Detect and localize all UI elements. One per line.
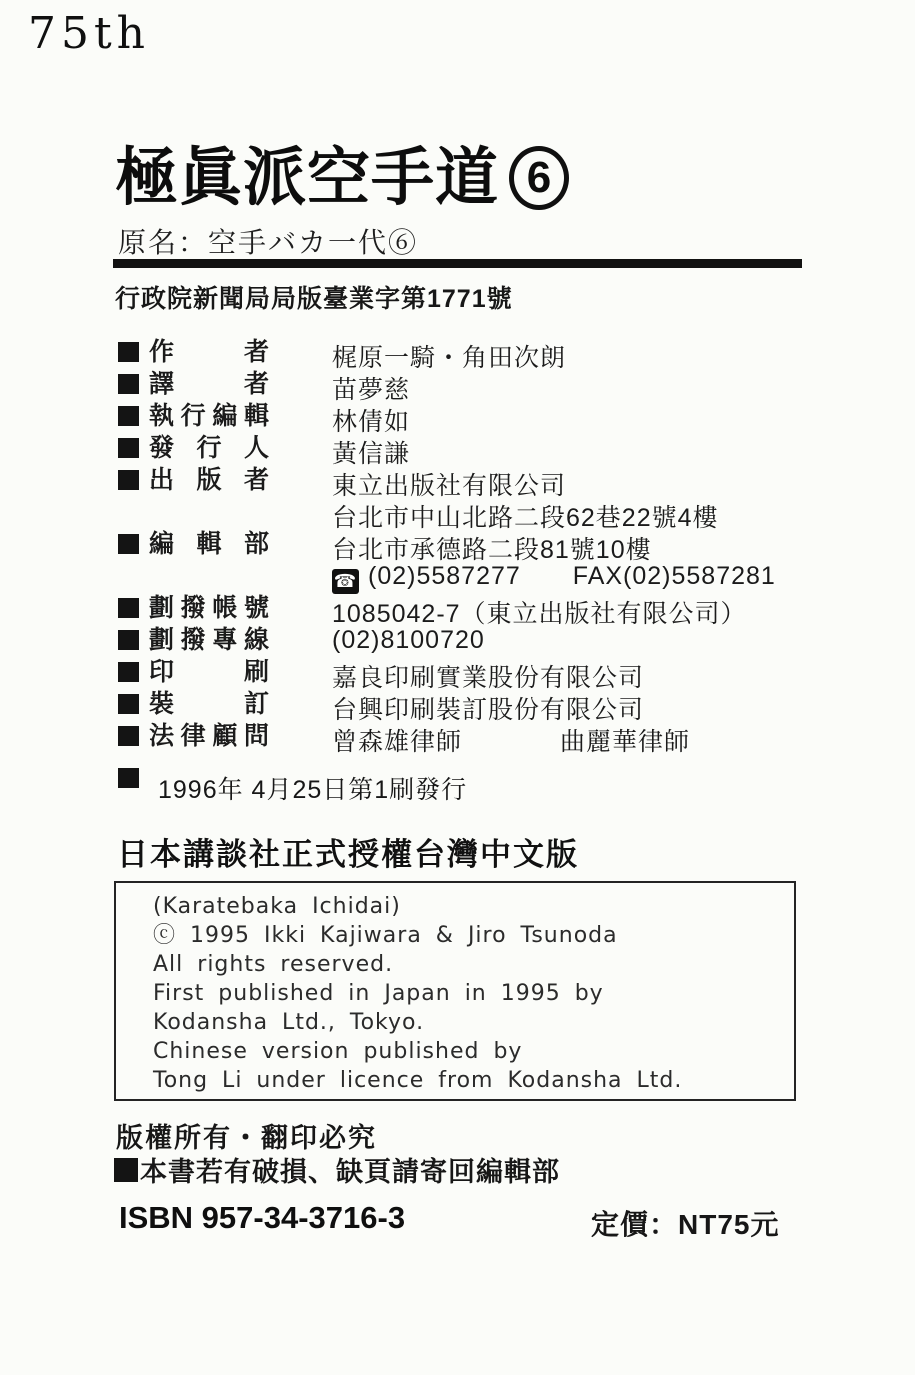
damaged-copy-return-notice: 本書若有破損、缺頁請寄回編輯部 bbox=[114, 1150, 560, 1189]
credit-row-printer: 印刷 嘉良印刷實業股份有限公司 bbox=[118, 658, 776, 690]
square-bullet-icon bbox=[118, 662, 139, 682]
credits-list: 作者 梶原一騎・角田次朗 譯者 苗夢慈 執行編輯 林倩如 發行人 黃信謙 出版者… bbox=[118, 338, 776, 754]
credit-row-publisher: 出版者 東立出版社有限公司 bbox=[118, 466, 776, 498]
credit-value: 嘉良印刷實業股份有限公司 bbox=[332, 658, 644, 694]
copyright-line: (Karatebaka Ichidai) bbox=[153, 892, 794, 921]
square-bullet-icon bbox=[118, 406, 139, 426]
english-copyright-box: (Karatebaka Ichidai) ⓒ 1995 Ikki Kajiwar… bbox=[114, 881, 796, 1101]
handwritten-page-note: 75th bbox=[28, 8, 150, 59]
square-bullet-icon bbox=[118, 630, 139, 650]
credit-label: 印刷 bbox=[149, 658, 269, 687]
credit-row-phone-fax: (02)5587277 FAX(02)5587281 bbox=[118, 562, 776, 594]
credit-value: 台興印刷裝訂股份有限公司 bbox=[332, 690, 644, 726]
credit-label: 裝訂 bbox=[149, 690, 269, 719]
isbn-number: ISBN 957-34-3716-3 bbox=[119, 1200, 405, 1236]
book-title: 極眞派空手道 bbox=[115, 147, 499, 210]
copyright-line: All rights reserved. bbox=[153, 950, 794, 979]
square-bullet-icon bbox=[118, 470, 139, 490]
credit-label: 編輯部 bbox=[149, 530, 269, 559]
fax-number: FAX(02)5587281 bbox=[573, 562, 776, 591]
divider-rule bbox=[113, 259, 802, 268]
square-bullet-icon bbox=[118, 598, 139, 618]
credit-row-postal-hotline: 劃撥專線 (02)8100720 bbox=[118, 626, 776, 658]
credit-row-author: 作者 梶原一騎・角田次朗 bbox=[118, 338, 776, 370]
credit-row-publisher-address: 台北市中山北路二段62巷22號4樓 bbox=[118, 498, 776, 530]
credit-row-legal-advisors: 法律顧問 曾森雄律師 曲麗華律師 bbox=[118, 722, 776, 754]
square-bullet-icon bbox=[118, 726, 139, 746]
phone-number-text: (02)5587277 bbox=[368, 562, 521, 590]
edition-date-row: 1996年 4月25日第1刷發行 bbox=[118, 766, 467, 806]
copyright-line: Kodansha Ltd., Tokyo. bbox=[153, 1008, 794, 1037]
credit-value: 苗夢慈 bbox=[332, 370, 410, 406]
copyright-line: Tong Li under licence from Kodansha Ltd. bbox=[153, 1066, 794, 1095]
credit-row-translator: 譯者 苗夢慈 bbox=[118, 370, 776, 402]
government-registration-line: 行政院新聞局局版臺業字第1771號 bbox=[115, 279, 513, 315]
credit-value: 梶原一騎・角田次朗 bbox=[332, 338, 566, 374]
credit-label: 法律顧問 bbox=[149, 722, 269, 751]
square-bullet-icon bbox=[118, 694, 139, 714]
credit-value: 黃信謙 bbox=[332, 434, 410, 470]
square-bullet-icon bbox=[118, 438, 139, 458]
lawyer-name-2: 曲麗華律師 bbox=[560, 722, 690, 758]
credit-row-bindery: 裝訂 台興印刷裝訂股份有限公司 bbox=[118, 690, 776, 722]
volume-number-circled: 6 bbox=[509, 146, 569, 210]
credit-label: 譯者 bbox=[149, 370, 269, 399]
credit-label: 發行人 bbox=[149, 434, 269, 463]
phone-number: (02)5587277 bbox=[332, 562, 521, 594]
credit-value: 台北市中山北路二段62巷22號4樓 bbox=[332, 498, 719, 534]
credit-row-postal-account: 劃撥帳號 1085042-7（東立出版社有限公司） bbox=[118, 594, 776, 626]
book-title-row: 極眞派空手道 6 bbox=[115, 146, 569, 210]
credit-value: (02)8100720 bbox=[332, 626, 485, 655]
square-bullet-icon bbox=[118, 342, 139, 362]
square-bullet-icon bbox=[118, 768, 139, 788]
telephone-icon bbox=[332, 569, 359, 594]
credit-row-issuer: 發行人 黃信謙 bbox=[118, 434, 776, 466]
edition-date-text: 1996年 4月25日第1刷發行 bbox=[158, 770, 467, 806]
square-bullet-icon bbox=[118, 374, 139, 394]
credit-value: 東立出版社有限公司 bbox=[332, 466, 566, 502]
credit-row-editorial-dept: 編輯部 台北市承德路二段81號10樓 bbox=[118, 530, 776, 562]
credit-value: 林倩如 bbox=[332, 402, 410, 438]
square-bullet-icon bbox=[118, 534, 139, 554]
copyright-line: Chinese version published by bbox=[153, 1037, 794, 1066]
authorization-statement: 日本講談社正式授權台灣中文版 bbox=[117, 829, 579, 874]
credit-label: 執行編輯 bbox=[149, 402, 269, 431]
credit-label: 劃撥專線 bbox=[149, 626, 269, 655]
lawyer-name-1: 曾森雄律師 bbox=[332, 722, 462, 758]
original-title-line: 原名：空手バカ一代⑥ bbox=[118, 221, 418, 261]
price-label: 定價：NT75元 bbox=[591, 1203, 779, 1243]
credit-label: 劃撥帳號 bbox=[149, 594, 269, 623]
copyright-line: First published in Japan in 1995 by bbox=[153, 979, 794, 1008]
credit-row-executive-editor: 執行編輯 林倩如 bbox=[118, 402, 776, 434]
colophon-page: 75th 極眞派空手道 6 原名：空手バカ一代⑥ 行政院新聞局局版臺業字第177… bbox=[0, 0, 915, 1375]
credit-value: 1085042-7（東立出版社有限公司） bbox=[332, 594, 747, 630]
square-bullet-icon bbox=[114, 1158, 138, 1182]
credit-label: 出版者 bbox=[149, 466, 269, 495]
credit-value: 台北市承德路二段81號10樓 bbox=[332, 530, 652, 566]
copyright-line: ⓒ 1995 Ikki Kajiwara & Jiro Tsunoda bbox=[153, 921, 794, 950]
return-notice-text: 本書若有破損、缺頁請寄回編輯部 bbox=[140, 1150, 560, 1189]
credit-label: 作者 bbox=[149, 338, 269, 367]
